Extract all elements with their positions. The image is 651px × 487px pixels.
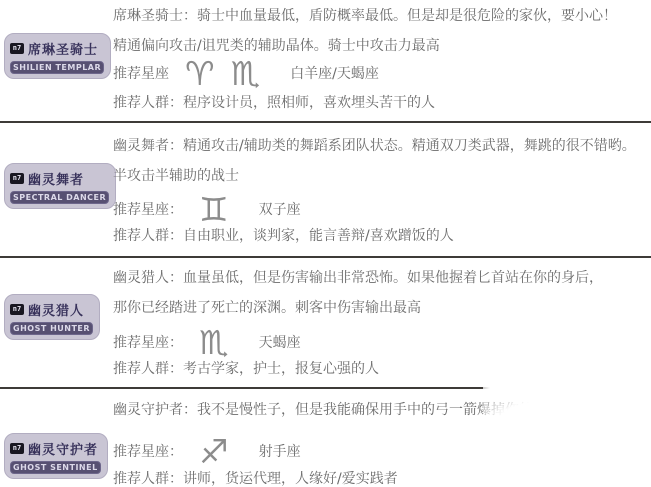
zodiac-label: 推荐星座 bbox=[113, 63, 169, 83]
class-badge: n7 幽灵猎人 GHOST HUNTER bbox=[4, 294, 100, 340]
zodiac-label: 推荐星座： bbox=[113, 441, 183, 461]
badge-top-row: n7 幽灵猎人 bbox=[10, 300, 93, 319]
class-section-ghost-hunter: 幽灵猎人：血量虽低，但是伤害输出非常恐怖。如果他握着匕首站在你的身后， n7 幽… bbox=[0, 257, 651, 388]
class-icon: n7 bbox=[10, 304, 24, 315]
class-description: 半攻击半辅助的战士 bbox=[113, 168, 239, 185]
class-title: 幽灵猎人：血量虽低，但是伤害输出非常恐怖。如果他握着匕首站在你的身后， bbox=[113, 270, 603, 287]
class-name-cn: 幽灵守护者 bbox=[28, 439, 98, 458]
class-title: 席琳圣骑士：骑士中血量最低，盾防概率最低。但是却是很危险的家伙，要小心！ bbox=[113, 8, 617, 25]
class-icon: n7 bbox=[10, 173, 24, 184]
aries-icon: ♈ bbox=[185, 57, 215, 90]
class-name-cn: 席琳圣骑士 bbox=[28, 39, 98, 58]
zodiac-row: 推荐星座： ♊ 双子座 bbox=[113, 190, 301, 228]
scorpio-icon: ♏ bbox=[199, 326, 229, 359]
class-badge: n7 幽灵守护者 GHOST SENTINEL bbox=[4, 433, 108, 479]
scorpio-icon: ♏ bbox=[231, 57, 261, 90]
recommended-people: 推荐人群：讲师，货运代理，人缘好/爱实践者 bbox=[113, 471, 398, 487]
zodiac-label: 推荐星座： bbox=[113, 199, 183, 219]
gemini-icon: ♊ bbox=[199, 193, 229, 226]
zodiac-row: 推荐星座 ♈ ♏ 白羊座/天蝎座 bbox=[113, 54, 379, 92]
class-name-cn: 幽灵猎人 bbox=[28, 300, 84, 319]
class-icon: n7 bbox=[10, 43, 24, 54]
badge-top-row: n7 幽灵舞者 bbox=[10, 169, 109, 188]
class-description: 那你已经踏进了死亡的深渊。刺客中伤害输出最高 bbox=[113, 300, 421, 317]
class-name-en: SPECTRAL DANCER bbox=[10, 191, 109, 204]
class-badge: n7 幽灵舞者 SPECTRAL DANCER bbox=[4, 163, 116, 209]
class-name-en: GHOST HUNTER bbox=[10, 322, 93, 335]
recommended-people: 推荐人群：程序设计员，照相师，喜欢埋头苦干的人 bbox=[113, 95, 435, 112]
class-name-en: GHOST SENTINEL bbox=[10, 461, 101, 474]
zodiac-names: 双子座 bbox=[259, 199, 301, 219]
class-name-cn: 幽灵舞者 bbox=[28, 169, 84, 188]
class-title: 幽灵守护者：我不是慢性子，但是我能确保用手中的弓一箭爆掉你的头 bbox=[113, 402, 547, 419]
white-smudge-overlay bbox=[483, 376, 651, 456]
zodiac-row: 推荐星座： ♐ 射手座 bbox=[113, 432, 301, 470]
sagittarius-icon: ♐ bbox=[199, 435, 229, 468]
zodiac-names: 白羊座/天蝎座 bbox=[290, 63, 379, 83]
class-icon: n7 bbox=[10, 443, 24, 454]
class-description: 精通偏向攻击/诅咒类的辅助晶体。骑士中攻击力最高 bbox=[113, 38, 440, 55]
class-guide-page: 席琳圣骑士：骑士中血量最低，盾防概率最低。但是却是很危险的家伙，要小心！ n7 … bbox=[0, 0, 651, 487]
class-section-shilien-templar: 席琳圣骑士：骑士中血量最低，盾防概率最低。但是却是很危险的家伙，要小心！ n7 … bbox=[0, 0, 651, 122]
recommended-people: 推荐人群：考古学家，护士，报复心强的人 bbox=[113, 361, 379, 378]
badge-top-row: n7 幽灵守护者 bbox=[10, 439, 101, 458]
class-name-en: SHILIEN TEMPLAR bbox=[10, 61, 104, 74]
class-badge: n7 席琳圣骑士 SHILIEN TEMPLAR bbox=[4, 33, 111, 79]
badge-top-row: n7 席琳圣骑士 bbox=[10, 39, 104, 58]
zodiac-names: 天蝎座 bbox=[259, 332, 301, 352]
class-section-spectral-dancer: 幽灵舞者：精通攻击/辅助类的舞蹈系团队状态。精通双刀类武器，舞跳的很不错哟。 n… bbox=[0, 122, 651, 257]
class-title: 幽灵舞者：精通攻击/辅助类的舞蹈系团队状态。精通双刀类武器，舞跳的很不错哟。 bbox=[113, 138, 636, 155]
zodiac-row: 推荐星座： ♏ 天蝎座 bbox=[113, 323, 301, 361]
recommended-people: 推荐人群：自由职业，谈判家，能言善辩/喜欢蹭饭的人 bbox=[113, 228, 454, 245]
zodiac-label: 推荐星座： bbox=[113, 332, 183, 352]
zodiac-names: 射手座 bbox=[259, 441, 301, 461]
